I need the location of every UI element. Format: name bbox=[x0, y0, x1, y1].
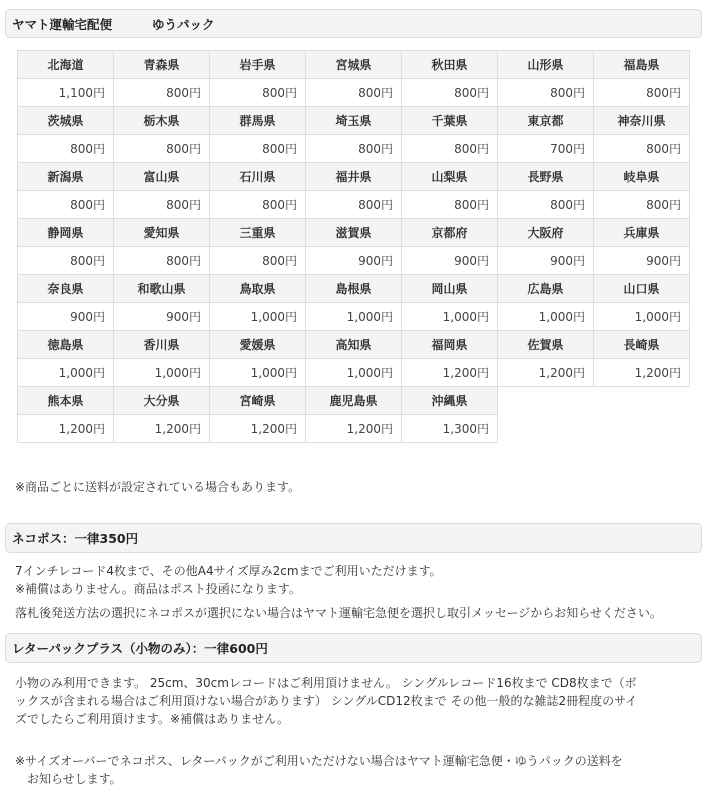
shipping-price: 800円 bbox=[306, 135, 402, 163]
prefecture-name: 長野県 bbox=[498, 163, 594, 191]
prefecture-name-row: 熊本県大分県宮崎県鹿児島県沖縄県 bbox=[18, 387, 690, 415]
shipping-price: 800円 bbox=[594, 135, 690, 163]
prefecture-name: 大阪府 bbox=[498, 219, 594, 247]
shipping-price: 900円 bbox=[402, 247, 498, 275]
shipping-price: 800円 bbox=[114, 191, 210, 219]
shipping-price: 1,000円 bbox=[114, 359, 210, 387]
shipping-price: 900円 bbox=[18, 303, 114, 331]
prefecture-name: 和歌山県 bbox=[114, 275, 210, 303]
prefecture-name: 神奈川県 bbox=[594, 107, 690, 135]
shipping-price: 800円 bbox=[498, 191, 594, 219]
shipping-price: 1,000円 bbox=[594, 303, 690, 331]
prefecture-name-row: 静岡県愛知県三重県滋賀県京都府大阪府兵庫県 bbox=[18, 219, 690, 247]
prefecture-name: 岩手県 bbox=[210, 51, 306, 79]
prefecture-name: 鳥取県 bbox=[210, 275, 306, 303]
shipping-price: 800円 bbox=[210, 135, 306, 163]
letterpack-line-1: 小物のみ利用できます。 25cm、30cmレコードはご利用頂けません。 シングル… bbox=[15, 674, 637, 692]
nekopos-line-3: 落札後発送方法の選択にネコポスが選択にない場合はヤマト運輸宅急便を選択し取引メッ… bbox=[15, 604, 662, 622]
shipping-price: 800円 bbox=[114, 79, 210, 107]
prefecture-name: 東京都 bbox=[498, 107, 594, 135]
shipping-price: 900円 bbox=[114, 303, 210, 331]
prefecture-name-row: 徳島県香川県愛媛県高知県福岡県佐賀県長崎県 bbox=[18, 331, 690, 359]
prefecture-name: 高知県 bbox=[306, 331, 402, 359]
shipping-price: 900円 bbox=[498, 247, 594, 275]
prefecture-name: 兵庫県 bbox=[594, 219, 690, 247]
shipping-price: 1,100円 bbox=[18, 79, 114, 107]
prefecture-name: 鹿児島県 bbox=[306, 387, 402, 415]
shipping-price: 800円 bbox=[210, 247, 306, 275]
shipping-price: 1,200円 bbox=[306, 415, 402, 443]
prefecture-name: 北海道 bbox=[18, 51, 114, 79]
prefecture-name: 広島県 bbox=[498, 275, 594, 303]
yupack-title: ゆうパック bbox=[152, 15, 215, 33]
prefecture-name-row: 北海道青森県岩手県宮城県秋田県山形県福島県 bbox=[18, 51, 690, 79]
price-row: 800円800円800円900円900円900円900円 bbox=[18, 247, 690, 275]
letterpack-line-3: ズでしたらご利用頂けます。※補償はありません。 bbox=[15, 710, 289, 728]
shipping-price: 1,000円 bbox=[306, 359, 402, 387]
empty-cell bbox=[594, 415, 690, 443]
shipping-price: 800円 bbox=[114, 135, 210, 163]
shipping-price: 700円 bbox=[498, 135, 594, 163]
shipping-price: 1,200円 bbox=[18, 415, 114, 443]
empty-cell bbox=[498, 415, 594, 443]
prefecture-name: 栃木県 bbox=[114, 107, 210, 135]
prefecture-name: 滋賀県 bbox=[306, 219, 402, 247]
letterpack-header: レターパックプラス（小物のみ）：一律600円 bbox=[5, 633, 702, 663]
shipping-price: 1,000円 bbox=[306, 303, 402, 331]
prefecture-name: 愛知県 bbox=[114, 219, 210, 247]
prefecture-name: 愛媛県 bbox=[210, 331, 306, 359]
shipping-price: 800円 bbox=[18, 247, 114, 275]
prefecture-name: 石川県 bbox=[210, 163, 306, 191]
shipping-price: 1,000円 bbox=[210, 303, 306, 331]
price-row: 1,000円1,000円1,000円1,000円1,200円1,200円1,20… bbox=[18, 359, 690, 387]
shipping-price: 1,200円 bbox=[114, 415, 210, 443]
shipping-price: 1,200円 bbox=[402, 359, 498, 387]
price-row: 900円900円1,000円1,000円1,000円1,000円1,000円 bbox=[18, 303, 690, 331]
prefecture-name: 香川県 bbox=[114, 331, 210, 359]
shipping-price: 800円 bbox=[210, 79, 306, 107]
prefecture-name: 岡山県 bbox=[402, 275, 498, 303]
footer-note-line-2: お知らせします。 bbox=[15, 770, 122, 788]
shipping-price: 800円 bbox=[114, 247, 210, 275]
shipping-price: 1,000円 bbox=[18, 359, 114, 387]
shipping-price: 800円 bbox=[18, 191, 114, 219]
prefecture-name: 青森県 bbox=[114, 51, 210, 79]
prefecture-name: 三重県 bbox=[210, 219, 306, 247]
prefecture-name: 佐賀県 bbox=[498, 331, 594, 359]
prefecture-name: 福岡県 bbox=[402, 331, 498, 359]
nekopos-line-2: ※補償はありません。商品はポスト投函になります。 bbox=[15, 580, 301, 598]
shipping-price: 800円 bbox=[402, 79, 498, 107]
footer-note-line-1: ※サイズオーバーでネコポス、レターパックがご利用いただけない場合はヤマト運輸宅急… bbox=[15, 752, 623, 770]
nekopos-title: ネコポス：一律350円 bbox=[12, 529, 138, 547]
prefecture-name: 宮崎県 bbox=[210, 387, 306, 415]
letterpack-title: レターパックプラス（小物のみ）：一律600円 bbox=[12, 639, 268, 657]
letterpack-line-2: ックスが含まれる場合はご利用頂けない場合があります） シングルCD12枚まで そ… bbox=[15, 692, 637, 710]
prefecture-name: 埼玉県 bbox=[306, 107, 402, 135]
prefecture-name: 岐阜県 bbox=[594, 163, 690, 191]
prefecture-name: 新潟県 bbox=[18, 163, 114, 191]
shipping-price: 800円 bbox=[306, 191, 402, 219]
empty-cell bbox=[498, 387, 594, 415]
prefecture-name: 山梨県 bbox=[402, 163, 498, 191]
rates-note: ※商品ごとに送料が設定されている場合もあります。 bbox=[15, 478, 300, 496]
prefecture-name: 群馬県 bbox=[210, 107, 306, 135]
nekopos-header: ネコポス：一律350円 bbox=[5, 523, 702, 553]
prefecture-name: 熊本県 bbox=[18, 387, 114, 415]
shipping-price: 1,000円 bbox=[402, 303, 498, 331]
prefecture-name-row: 新潟県富山県石川県福井県山梨県長野県岐阜県 bbox=[18, 163, 690, 191]
prefecture-name-row: 茨城県栃木県群馬県埼玉県千葉県東京都神奈川県 bbox=[18, 107, 690, 135]
shipping-price: 800円 bbox=[402, 135, 498, 163]
shipping-price: 800円 bbox=[594, 191, 690, 219]
shipping-price: 800円 bbox=[306, 79, 402, 107]
prefecture-name: 沖縄県 bbox=[402, 387, 498, 415]
prefecture-name: 静岡県 bbox=[18, 219, 114, 247]
shipping-price: 1,300円 bbox=[402, 415, 498, 443]
price-row: 800円800円800円800円800円800円800円 bbox=[18, 191, 690, 219]
prefecture-name: 茨城県 bbox=[18, 107, 114, 135]
prefecture-name: 秋田県 bbox=[402, 51, 498, 79]
prefecture-name: 福井県 bbox=[306, 163, 402, 191]
shipping-price: 1,200円 bbox=[498, 359, 594, 387]
price-row: 800円800円800円800円800円700円800円 bbox=[18, 135, 690, 163]
shipping-price: 1,200円 bbox=[210, 415, 306, 443]
shipping-price: 1,000円 bbox=[210, 359, 306, 387]
shipping-rates-table: 北海道青森県岩手県宮城県秋田県山形県福島県1,100円800円800円800円8… bbox=[17, 50, 690, 443]
shipping-price: 800円 bbox=[18, 135, 114, 163]
shipping-price: 900円 bbox=[594, 247, 690, 275]
shipping-price: 800円 bbox=[210, 191, 306, 219]
prefecture-name: 徳島県 bbox=[18, 331, 114, 359]
yamato-title: ヤマト運輸宅配便 bbox=[12, 15, 112, 33]
prefecture-name: 山形県 bbox=[498, 51, 594, 79]
prefecture-name-row: 奈良県和歌山県鳥取県島根県岡山県広島県山口県 bbox=[18, 275, 690, 303]
shipping-price: 1,200円 bbox=[594, 359, 690, 387]
prefecture-name: 京都府 bbox=[402, 219, 498, 247]
prefecture-name: 山口県 bbox=[594, 275, 690, 303]
price-row: 1,200円1,200円1,200円1,200円1,300円 bbox=[18, 415, 690, 443]
prefecture-name: 宮城県 bbox=[306, 51, 402, 79]
prefecture-name: 長崎県 bbox=[594, 331, 690, 359]
price-row: 1,100円800円800円800円800円800円800円 bbox=[18, 79, 690, 107]
yamato-yupack-header: ヤマト運輸宅配便 ゆうパック bbox=[5, 9, 702, 38]
prefecture-name: 大分県 bbox=[114, 387, 210, 415]
nekopos-line-1: 7インチレコード4枚まで、その他A4サイズ厚み2cmまでご利用いただけます。 bbox=[15, 562, 442, 580]
prefecture-name: 富山県 bbox=[114, 163, 210, 191]
prefecture-name: 福島県 bbox=[594, 51, 690, 79]
prefecture-name: 千葉県 bbox=[402, 107, 498, 135]
shipping-price: 900円 bbox=[306, 247, 402, 275]
empty-cell bbox=[594, 387, 690, 415]
shipping-price: 800円 bbox=[402, 191, 498, 219]
shipping-price: 800円 bbox=[498, 79, 594, 107]
shipping-price: 1,000円 bbox=[498, 303, 594, 331]
prefecture-name: 奈良県 bbox=[18, 275, 114, 303]
prefecture-name: 島根県 bbox=[306, 275, 402, 303]
shipping-price: 800円 bbox=[594, 79, 690, 107]
